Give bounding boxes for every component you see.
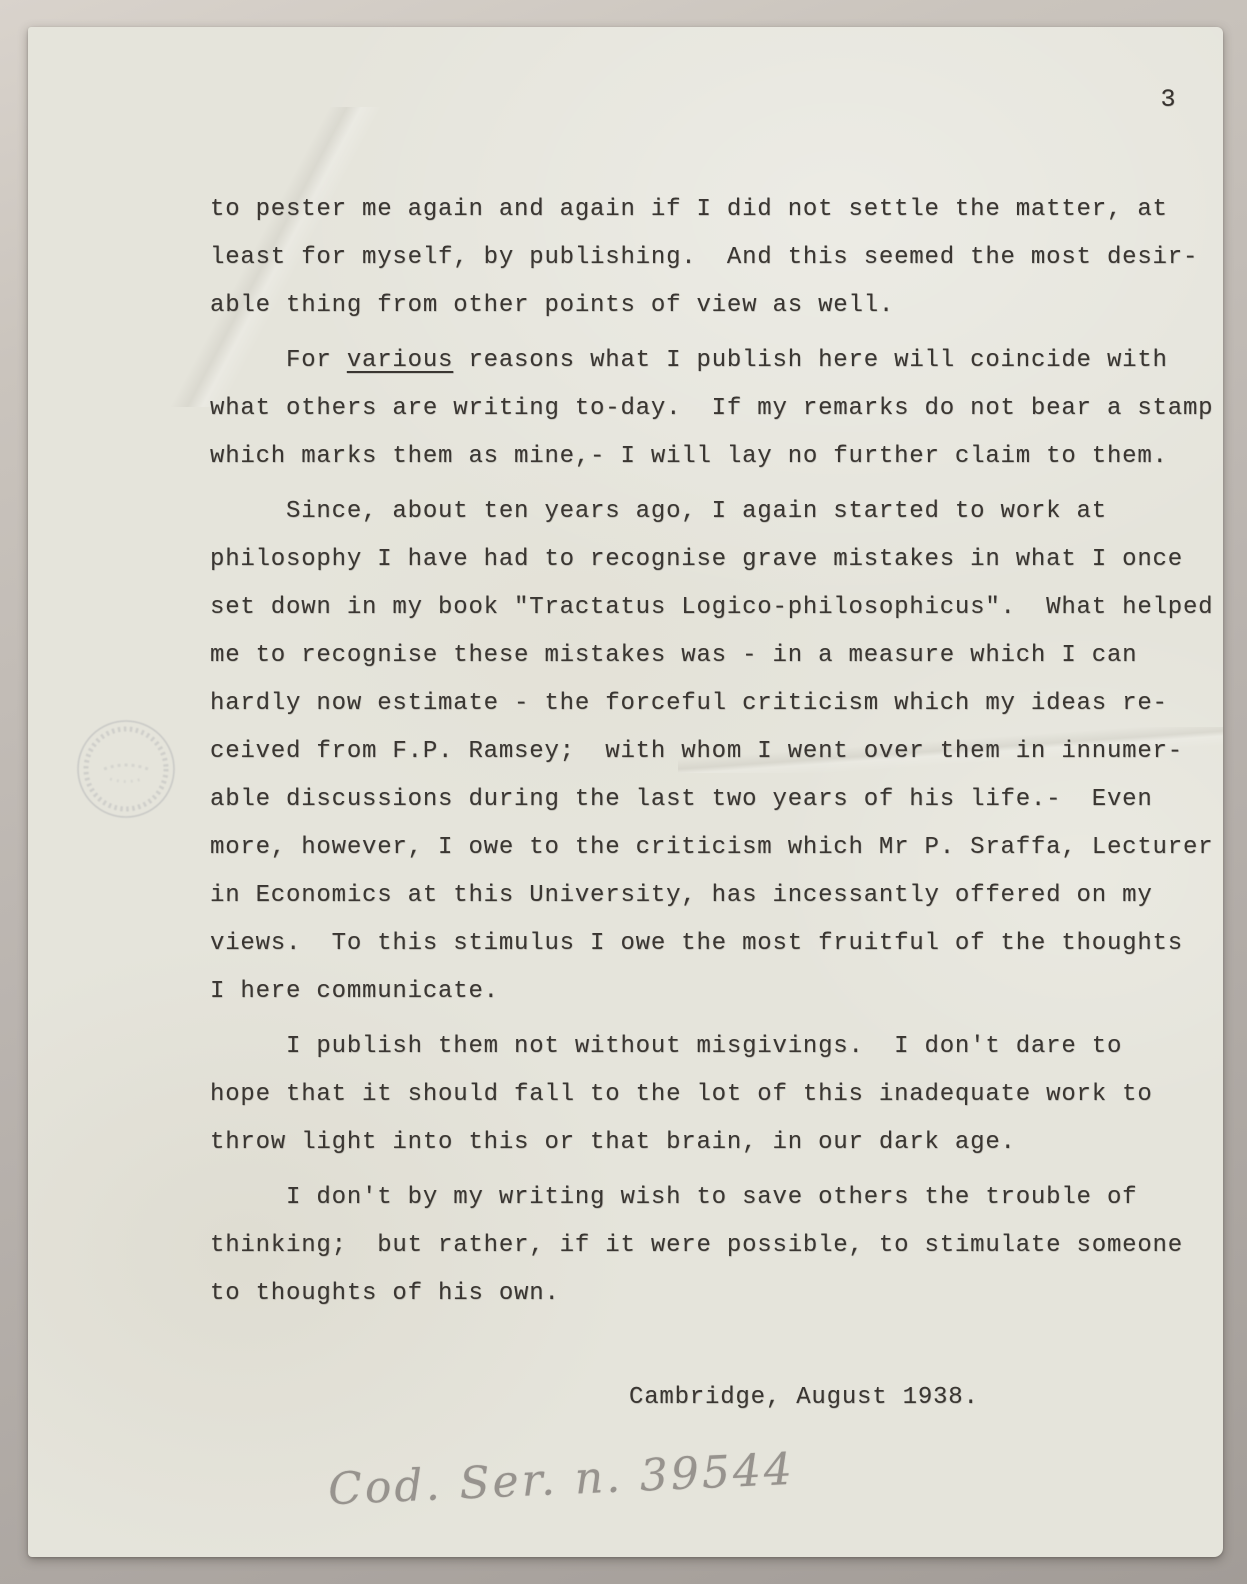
text-segment: more, however, I owe to the criticism wh… [210, 834, 1213, 861]
text-segment: views. To this stimulus I owe the most f… [210, 930, 1183, 957]
library-stamp-icon [74, 717, 178, 821]
text-segment: to thoughts of his own. [210, 1280, 560, 1307]
text-segment: able thing from other points of view as … [210, 292, 894, 319]
text-line: able thing from other points of view as … [210, 282, 1200, 330]
text-segment: I here communicate. [210, 978, 499, 1005]
text-line: thinking; but rather, if it were possibl… [210, 1222, 1200, 1270]
text-segment: For [210, 347, 347, 374]
text-line: For various reasons what I publish here … [210, 337, 1200, 385]
text-segment: me to recognise these mistakes was - in … [210, 642, 1137, 669]
text-line: I publish them not without misgivings. I… [210, 1023, 1200, 1071]
text-line: to pester me again and again if I did no… [210, 186, 1200, 234]
text-line: what others are writing to-day. If my re… [210, 385, 1200, 433]
text-line: which marks them as mine,- I will lay no… [210, 433, 1200, 481]
text-line: hope that it should fall to the lot of t… [210, 1071, 1200, 1119]
text-segment: ceived from F.P. Ramsey; with whom I wen… [210, 738, 1183, 765]
text-segment: I don't by my writing wish to save other… [210, 1184, 1137, 1211]
text-segment: reasons what I publish here will coincid… [453, 347, 1168, 374]
text-line: throw light into this or that brain, in … [210, 1119, 1200, 1167]
text-line: I here communicate. [210, 968, 1200, 1016]
page-number: 3 [1146, 85, 1190, 114]
text-segment: hope that it should fall to the lot of t… [210, 1081, 1153, 1108]
text-segment: least for myself, by publishing. And thi… [210, 244, 1198, 271]
text-line: philosophy I have had to recognise grave… [210, 536, 1200, 584]
text-line: I don't by my writing wish to save other… [210, 1174, 1200, 1222]
text-segment: hardly now estimate - the forceful criti… [210, 690, 1168, 717]
text-line: hardly now estimate - the forceful criti… [210, 680, 1200, 728]
text-line: Since, about ten years ago, I again star… [210, 488, 1200, 536]
text-segment: Since, about ten years ago, I again star… [210, 498, 1107, 525]
text-line: in Economics at this University, has inc… [210, 872, 1200, 920]
handwritten-note: Cod. Ser. n. 39544 [327, 1440, 889, 1515]
text-line: ceived from F.P. Ramsey; with whom I wen… [210, 728, 1200, 776]
text-segment: in Economics at this University, has inc… [210, 882, 1153, 909]
text-segment: thinking; but rather, if it were possibl… [210, 1232, 1183, 1259]
text-line: more, however, I owe to the criticism wh… [210, 824, 1200, 872]
text-line: least for myself, by publishing. And thi… [210, 234, 1200, 282]
text-line: able discussions during the last two yea… [210, 776, 1200, 824]
text-line: set down in my book "Tractatus Logico-ph… [210, 584, 1200, 632]
text-segment: what others are writing to-day. If my re… [210, 395, 1213, 422]
text-lines: to pester me again and again if I did no… [210, 186, 1200, 1318]
text-line: to thoughts of his own. [210, 1270, 1200, 1318]
text-segment: to pester me again and again if I did no… [210, 196, 1168, 223]
manuscript-page: 3 to pester me again and again if I did … [28, 27, 1223, 1557]
text-line: views. To this stimulus I owe the most f… [210, 920, 1200, 968]
text-segment: I publish them not without misgivings. I… [210, 1033, 1122, 1060]
text-segment: able discussions during the last two yea… [210, 786, 1153, 813]
typewritten-text: to pester me again and again if I did no… [210, 186, 1200, 1422]
text-line: me to recognise these mistakes was - in … [210, 632, 1200, 680]
text-segment: which marks them as mine,- I will lay no… [210, 443, 1168, 470]
text-segment: throw light into this or that brain, in … [210, 1129, 1016, 1156]
text-segment: philosophy I have had to recognise grave… [210, 546, 1183, 573]
dateline: Cambridge, August 1938. [210, 1374, 1200, 1422]
underlined-word: various [347, 347, 453, 374]
text-segment: set down in my book "Tractatus Logico-ph… [210, 594, 1213, 621]
